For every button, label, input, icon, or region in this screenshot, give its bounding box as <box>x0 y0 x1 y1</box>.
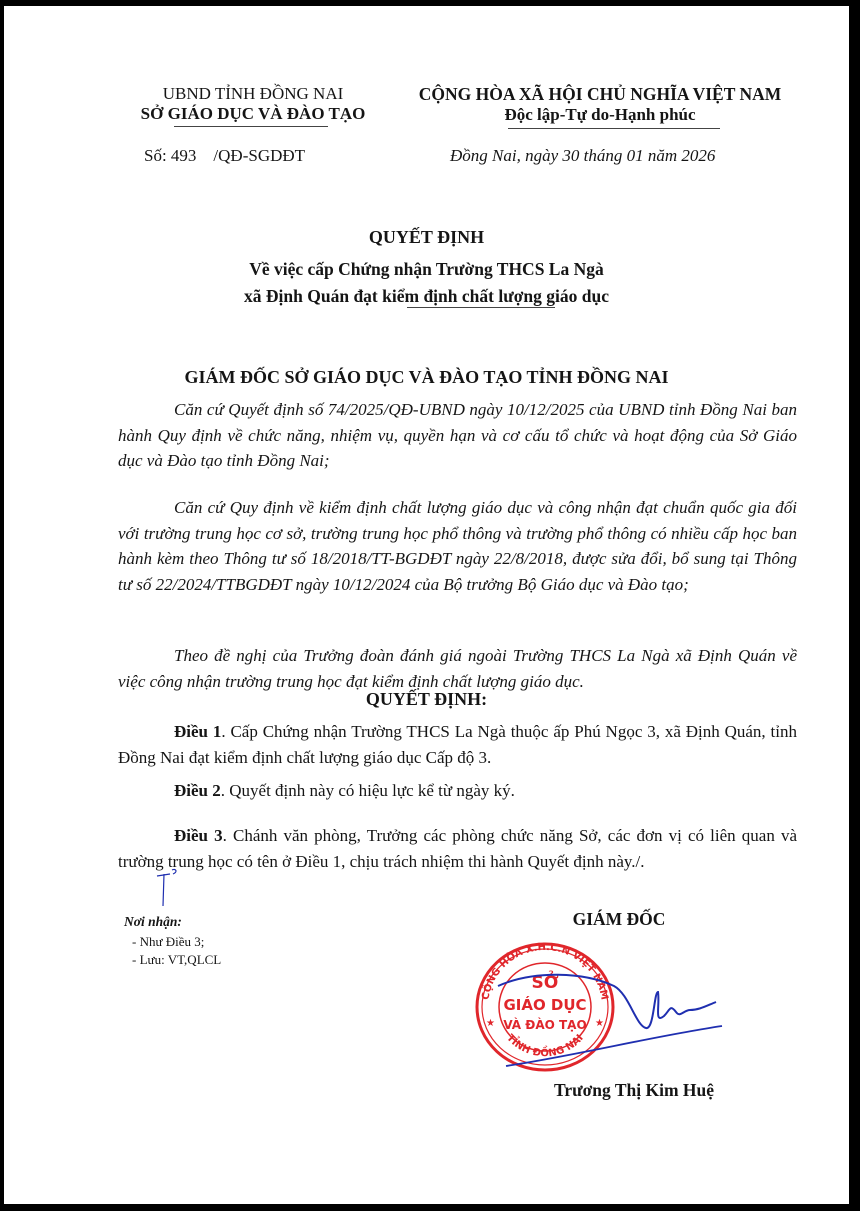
preamble-paragraph: Căn cứ Quyết định số 74/2025/QĐ-UBND ngà… <box>118 397 797 474</box>
signature-icon <box>494 966 724 1076</box>
issuer-underline <box>174 126 328 127</box>
national-title: CỘNG HÒA XÃ HỘI CHỦ NGHĨA VIỆT NAM <box>402 84 798 105</box>
article-label: Điều 3 <box>174 826 223 845</box>
signer-title: GIÁM ĐỐC <box>504 909 734 930</box>
article-label: Điều 1 <box>174 722 221 741</box>
article-1: Điều 1. Cấp Chứng nhận Trường THCS La Ng… <box>118 719 797 770</box>
subject-line-1: Về việc cấp Chứng nhận Trường THCS La Ng… <box>4 259 849 280</box>
document-number: Số: 493 /QĐ-SGDĐT <box>144 146 305 166</box>
issuer-parent: UBND TỈNH ĐỒNG NAI <box>112 84 394 104</box>
preamble-paragraph: Theo đề nghị của Trưởng đoàn đánh giá ng… <box>118 643 797 694</box>
article-label: Điều 2 <box>174 781 221 800</box>
article-2: Điều 2. Quyết định này có hiệu lực kể từ… <box>118 778 797 804</box>
document-page: UBND TỈNH ĐỒNG NAI SỞ GIÁO DỤC VÀ ĐÀO TẠ… <box>4 6 849 1204</box>
recipient-item: - Như Điều 3; <box>132 934 204 950</box>
issuing-authority: GIÁM ĐỐC SỞ GIÁO DỤC VÀ ĐÀO TẠO TỈNH ĐỒN… <box>4 367 849 388</box>
subject-underline <box>407 307 555 308</box>
preamble-text: Theo đề nghị của Trưởng đoàn đánh giá ng… <box>118 646 797 691</box>
decision-heading: QUYẾT ĐỊNH: <box>4 689 849 710</box>
recipients-label: Nơi nhận: <box>124 914 182 930</box>
issuer-name: SỞ GIÁO DỤC VÀ ĐÀO TẠO <box>112 104 394 124</box>
recipient-item: - Lưu: VT,QLCL <box>132 952 221 968</box>
motto-underline <box>508 128 720 129</box>
preamble-paragraph: Căn cứ Quy định về kiểm định chất lượng … <box>118 495 797 597</box>
article-3: Điều 3. Chánh văn phòng, Trưởng các phòn… <box>118 823 797 874</box>
subject-line-2: xã Định Quán đạt kiểm định chất lượng gi… <box>4 286 849 307</box>
handwritten-mark-icon <box>154 868 184 908</box>
preamble-text: Căn cứ Quyết định số 74/2025/QĐ-UBND ngà… <box>118 400 797 470</box>
article-text: . Quyết định này có hiệu lực kể từ ngày … <box>221 781 515 800</box>
place-date: Đồng Nai, ngày 30 tháng 01 năm 2026 <box>450 146 715 166</box>
document-type: QUYẾT ĐỊNH <box>4 227 849 248</box>
preamble-text: Căn cứ Quy định về kiểm định chất lượng … <box>118 498 797 594</box>
national-motto: Độc lập-Tự do-Hạnh phúc <box>402 105 798 125</box>
signer-name: Trương Thị Kim Huệ <box>514 1080 754 1101</box>
